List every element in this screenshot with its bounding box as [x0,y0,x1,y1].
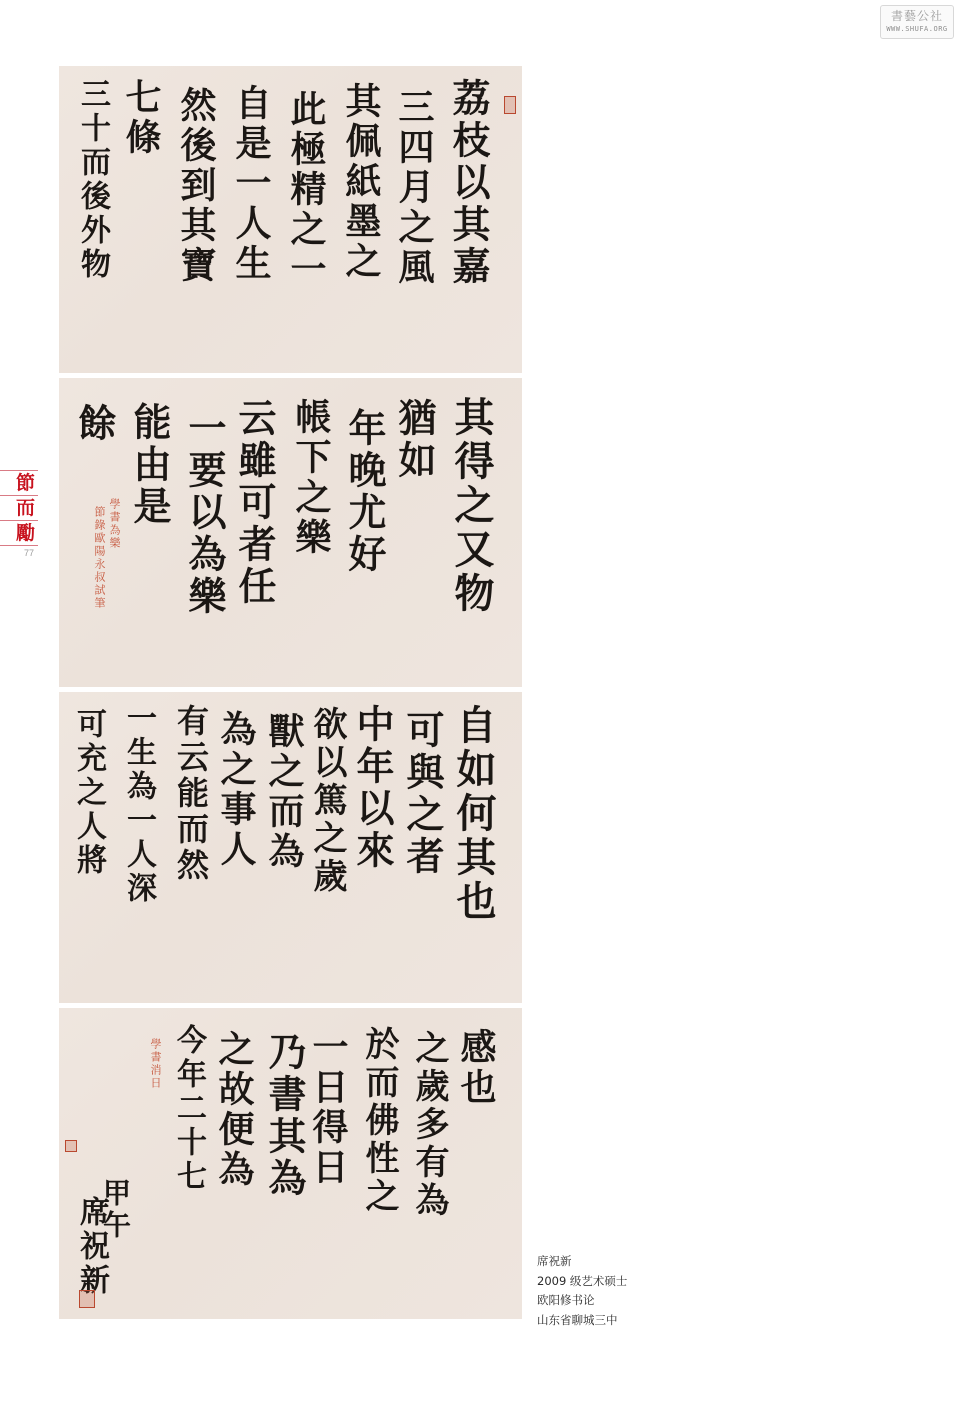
text-column: 有云能而然 [168,704,214,884]
text-column: 猶如 [387,398,442,482]
text-column: 此極精之一 [281,90,332,290]
text-column: 荔枝以其嘉 [441,78,496,288]
calligraphy-panel-3: 自如何其也 可與之者 中年以來 欲以篤之歲 獸之而為 為之事人 有云能而然 一生… [59,692,522,1003]
artwork-title: 欧阳修书论 [537,1291,627,1311]
text-column: 獸之而為 [259,712,310,872]
calligraphy-panel-1: 荔枝以其嘉 三四月之風 其佩紙墨之 此極精之一 自是一人生 然後到其寶 七條 三… [59,66,522,373]
seal-stamp [65,1140,77,1152]
inscription-line: 學書為樂 [106,498,122,550]
text-column: 乃書其為 [257,1032,312,1200]
text-column: 然後到其寶 [171,86,222,286]
text-column: 一要以為樂 [177,408,232,618]
artist-degree: 2009 级艺术硕士 [537,1272,627,1292]
text-column: 三十而後外物 [70,78,114,282]
text-column: 可與之者 [395,710,450,878]
text-column: 可充之人將 [66,708,110,878]
text-column: 中年以來 [345,704,400,872]
text-column: 其佩紙墨之 [336,82,387,282]
signature-seal [79,1290,95,1308]
artwork-caption: 席祝新 2009 级艺术硕士 欧阳修书论 山东省聊城三中 [537,1252,627,1330]
site-watermark: 書藝公社 WWW.SHUFA.ORG [880,5,954,39]
calligraphy-panel-4: 感也 之歲多有為 於而佛性之 一日得日 乃書其為 之故便為 今年二十七 學書消日… [59,1008,522,1319]
text-column: 年晚尤好 [337,408,392,576]
sidebar-char-3: 勵 [0,520,38,546]
text-column: 之歲多有為 [405,1030,454,1220]
section-sidebar: 節 而 勵 77 [0,470,38,558]
artist-name: 席祝新 [537,1252,627,1272]
text-column: 今年二十七 [166,1024,210,1194]
calligraphy-artwork: 荔枝以其嘉 三四月之風 其佩紙墨之 此極精之一 自是一人生 然後到其寶 七條 三… [59,66,522,1319]
text-column: 於而佛性之 [355,1026,404,1216]
seal-stamp [504,96,516,114]
text-column: 云雖可者任 [227,398,282,608]
watermark-title: 書藝公社 [881,8,953,24]
calligraphy-panel-2: 其得之又物 猶如 年晚尤好 帳下之樂 云雖可者任 一要以為樂 能由是 餘 學書為… [59,378,522,687]
inscription-line: 學書消日 [147,1038,163,1090]
text-column: 之故便為 [209,1030,260,1190]
text-column: 欲以篤之歲 [303,706,352,896]
text-column: 自是一人生 [226,84,277,284]
text-column: 三四月之風 [389,88,440,288]
text-column: 為之事人 [211,710,262,870]
inscription-line: 節錄歐陽永叔試筆 [91,506,107,610]
text-column: 餘 [67,403,122,445]
text-column: 帳下之樂 [286,398,337,558]
text-column: 感也 [451,1028,502,1108]
text-column: 其得之又物 [443,396,500,616]
signature-name: 席祝新 [69,1196,113,1298]
text-column: 一生為一人深 [116,702,160,906]
text-column: 七條 [116,78,167,158]
text-column: 能由是 [122,402,177,528]
page-number: 77 [0,548,38,558]
sidebar-char-1: 節 [0,470,38,495]
sidebar-char-2: 而 [0,495,38,520]
text-column: 自如何其也 [445,704,502,924]
watermark-url: WWW.SHUFA.ORG [881,24,953,34]
artist-school: 山东省聊城三中 [537,1311,627,1331]
